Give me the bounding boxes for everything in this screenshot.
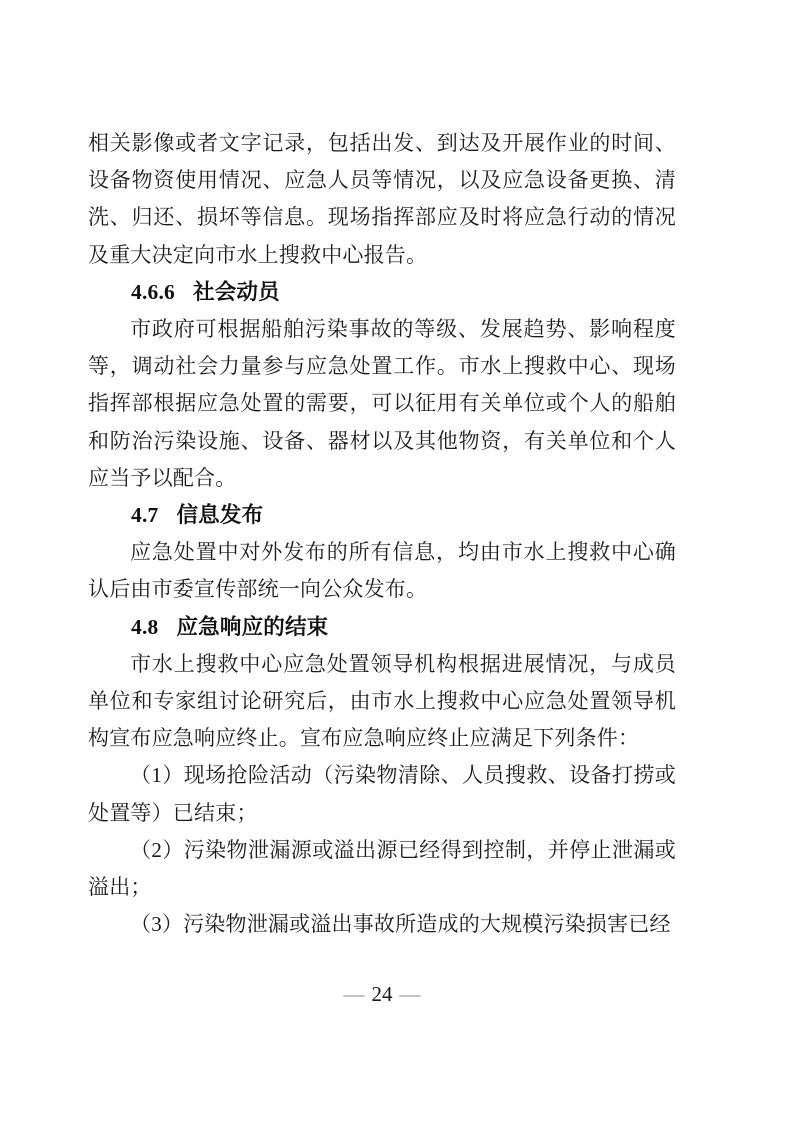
document-body: 相关影像或者文字记录，包括出发、到达及开展作业的时间、设备物资使用情况、应急人员… [88,125,676,943]
list-item-1: （1）现场抢险活动（污染物清除、人员搜救、设备打捞或处置等）已结束； [88,757,676,831]
document-page: 相关影像或者文字记录，包括出发、到达及开展作业的时间、设备物资使用情况、应急人员… [0,0,793,1122]
section-heading-4-7: 4.7信息发布 [88,497,676,534]
section-number: 4.8 [131,609,158,646]
paragraph: 市水上搜救中心应急处置领导机构根据进展情况，与成员单位和专家组讨论研究后，由市水… [88,646,676,758]
list-item-2: （2）污染物泄漏源或溢出源已经得到控制，并停止泄漏或溢出； [88,832,676,906]
paragraph-continuation: 相关影像或者文字记录，包括出发、到达及开展作业的时间、设备物资使用情况、应急人员… [88,125,676,274]
list-item-3: （3）污染物泄漏或溢出事故所造成的大规模污染损害已经 [88,906,676,943]
page-footer: —24— [88,981,676,1007]
section-number: 4.6.6 [131,274,175,311]
section-title: 社会动员 [193,280,280,304]
paragraph: 应急处置中对外发布的所有信息，均由市水上搜救中心确认后由市委宣传部统一向公众发布… [88,534,676,608]
footer-dash-right: — [400,982,421,1006]
page-number: 24 [372,982,393,1006]
section-number: 4.7 [131,497,158,534]
footer-dash-left: — [344,982,365,1006]
section-heading-4-8: 4.8应急响应的结束 [88,609,676,646]
section-heading-4-6-6: 4.6.6社会动员 [88,274,676,311]
section-title: 信息发布 [176,503,263,527]
paragraph: 市政府可根据船舶污染事故的等级、发展趋势、影响程度等，调动社会力量参与应急处置工… [88,311,676,497]
section-title: 应急响应的结束 [176,615,328,639]
